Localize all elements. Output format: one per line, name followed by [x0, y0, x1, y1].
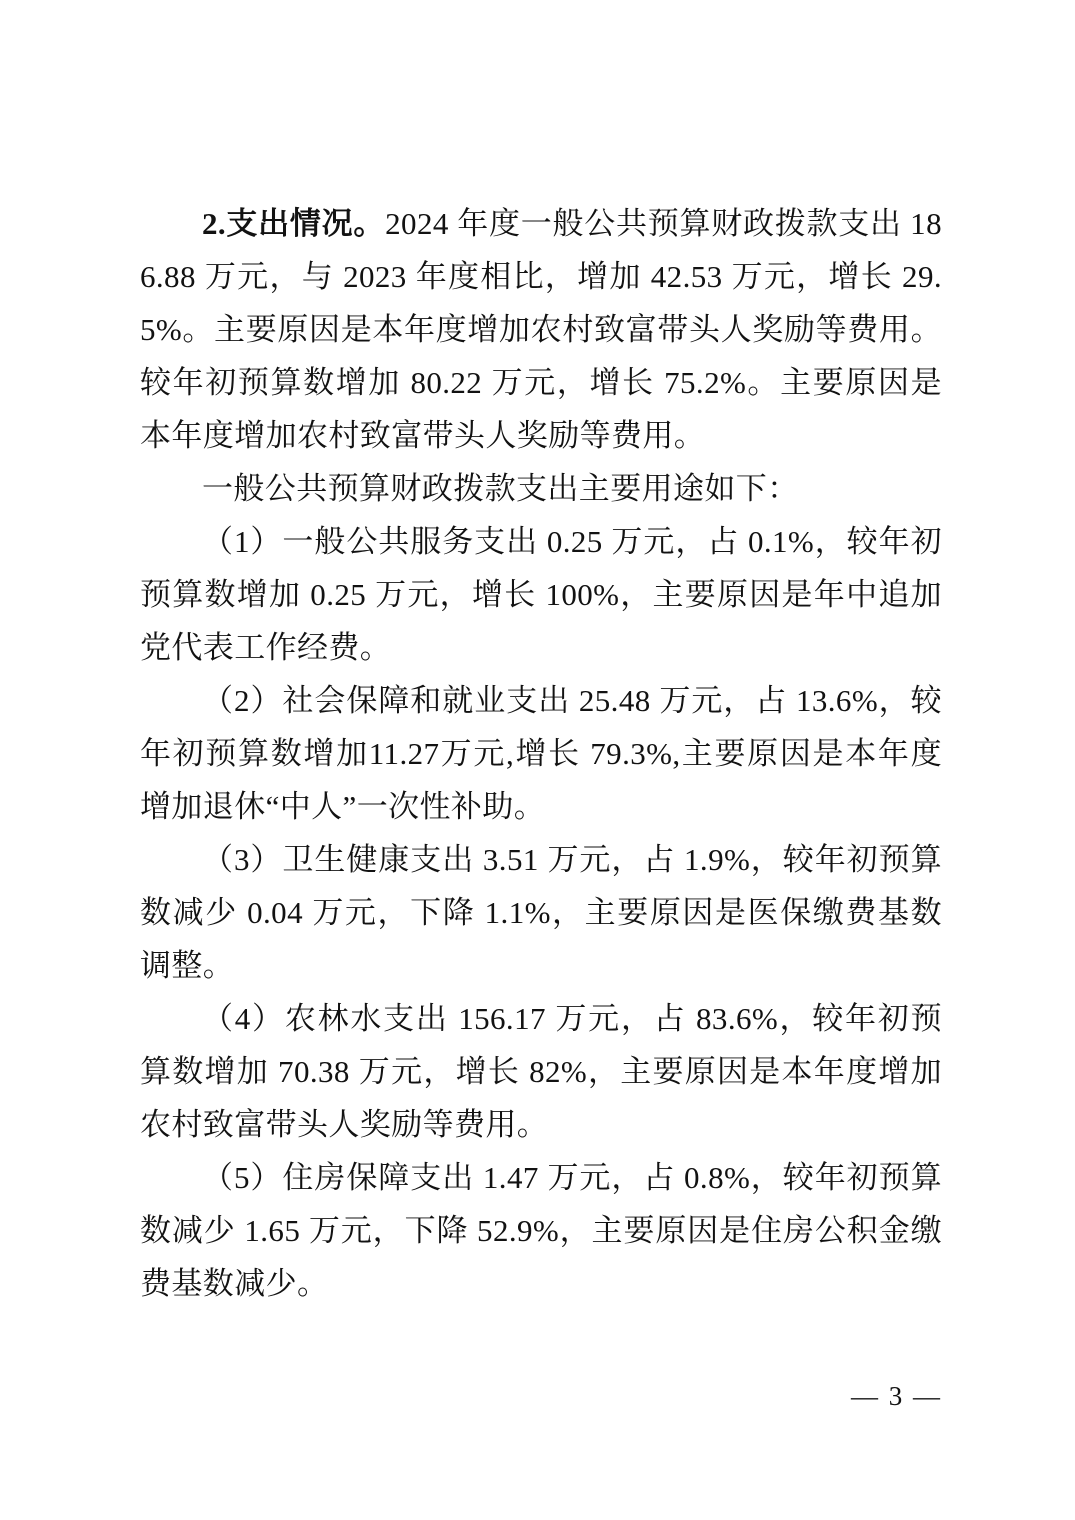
paragraph-expenditure-overview: 2.支出情况。2024 年度一般公共预算财政拨款支出 186.88 万元，与 2…: [140, 197, 942, 462]
paragraph-heading-expenditure: 2.支出情况。: [202, 206, 385, 241]
paragraph-usage-intro: 一般公共预算财政拨款支出主要用途如下：: [140, 462, 942, 515]
paragraph-item-3-health: （3）卫生健康支出 3.51 万元，占 1.9%，较年初预算数减少 0.04 万…: [140, 833, 942, 992]
paragraph-text: 2024 年度一般公共预算财政拨款支出 186.88 万元，与 2023 年度相…: [140, 206, 942, 453]
document-page: 2.支出情况。2024 年度一般公共预算财政拨款支出 186.88 万元，与 2…: [0, 0, 1075, 1520]
paragraph-item-5-housing-security: （5）住房保障支出 1.47 万元，占 0.8%，较年初预算数减少 1.65 万…: [140, 1151, 942, 1310]
paragraph-item-4-agriculture-forestry-water: （4）农林水支出 156.17 万元，占 83.6%，较年初预算数增加 70.3…: [140, 992, 942, 1151]
page-number: — 3 —: [851, 1381, 942, 1411]
document-body: 2.支出情况。2024 年度一般公共预算财政拨款支出 186.88 万元，与 2…: [140, 197, 942, 1310]
paragraph-item-2-social-security-employment: （2）社会保障和就业支出 25.48 万元，占 13.6%，较年初预算数增加11…: [140, 674, 942, 833]
paragraph-item-1-general-public-services: （1）一般公共服务支出 0.25 万元，占 0.1%，较年初预算数增加 0.25…: [140, 515, 942, 674]
